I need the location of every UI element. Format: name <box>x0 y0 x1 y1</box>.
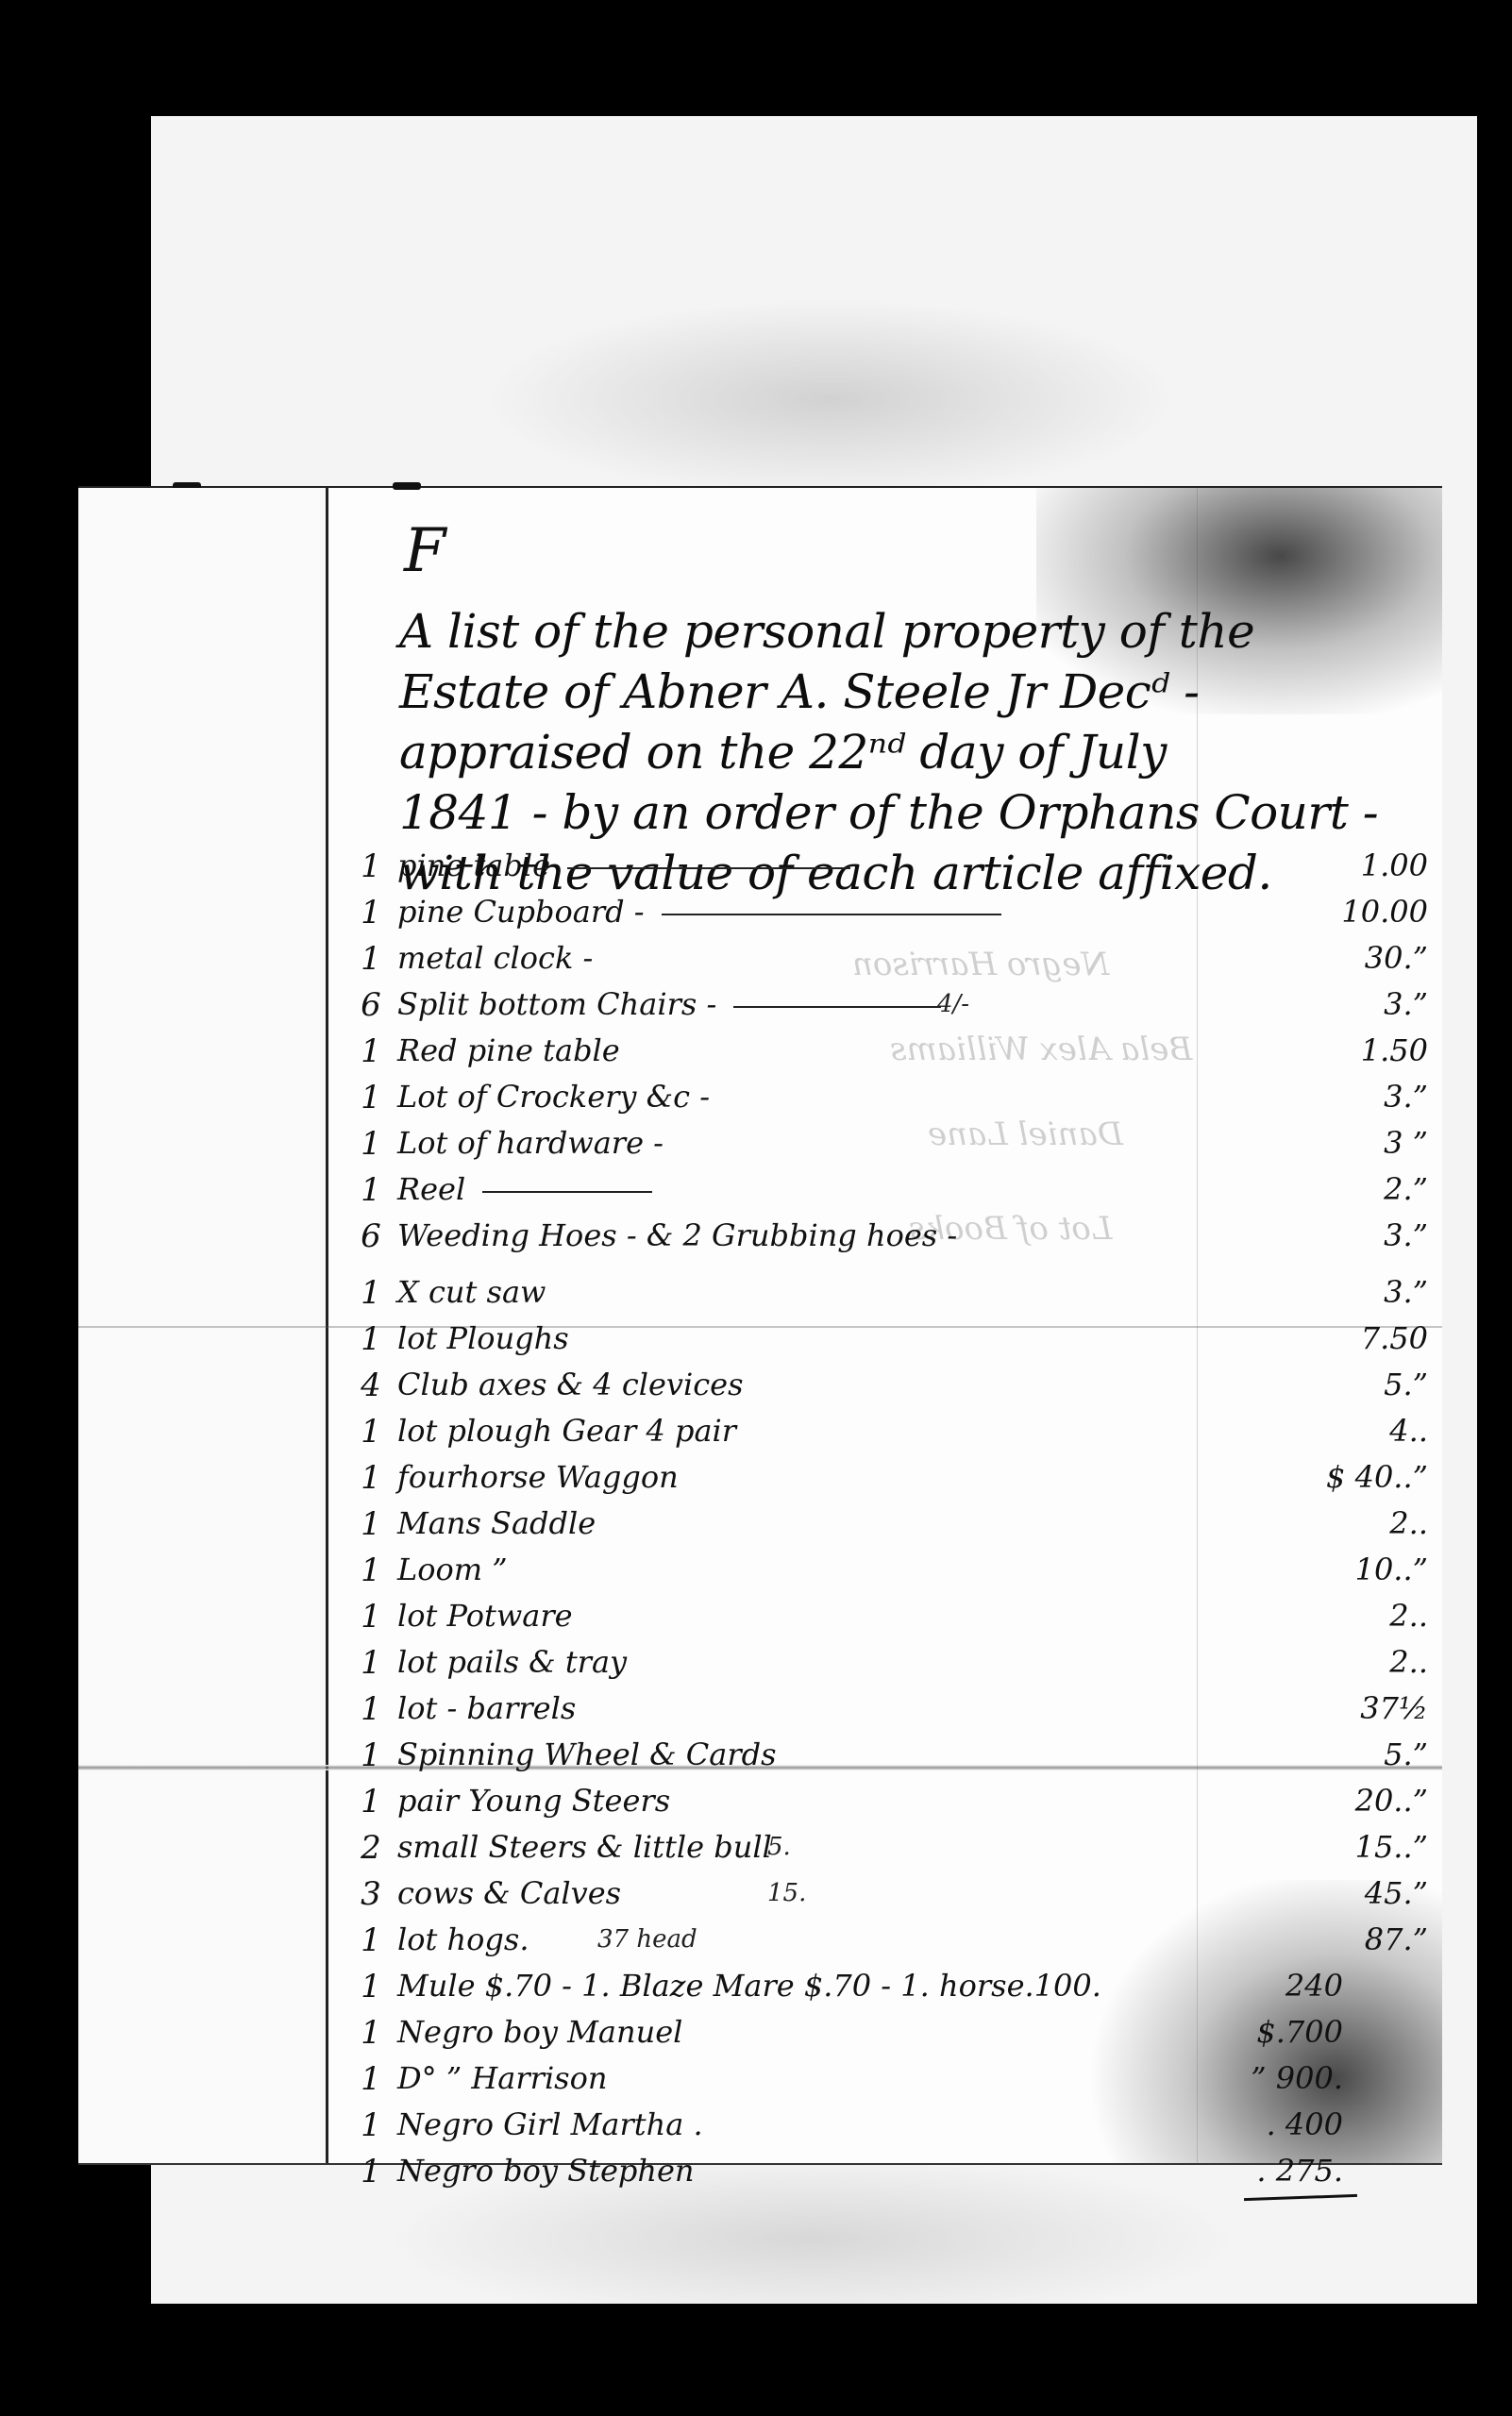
item-value: 240 <box>1285 1968 1343 2004</box>
item-value: 2.. <box>1389 1598 1428 1634</box>
item-description-text: X cut saw <box>397 1274 546 1310</box>
item-value: 4.. <box>1389 1413 1428 1449</box>
item-quantity: 1 <box>352 1736 390 1774</box>
item-note: 15. <box>767 1879 806 1907</box>
item-description-text: pine Cupboard - <box>397 894 645 930</box>
ledger-row: 1Mule $.70 - 1. Blaze Mare $.70 - 1. hor… <box>352 1962 1447 2008</box>
item-quantity: 4 <box>352 1367 390 1404</box>
item-description-text: metal clock - <box>397 940 593 976</box>
document-page: Negro Harrison Bela Alex Williams Daniel… <box>78 486 1442 2165</box>
item-quantity: 1 <box>352 2153 390 2190</box>
item-value: 3.” <box>1384 1217 1428 1253</box>
item-quantity: 1 <box>352 940 390 978</box>
item-quantity: 1 <box>352 1552 390 1589</box>
item-description-text: Negro boy Stephen <box>397 2153 695 2189</box>
item-description: Negro boy Manuel <box>397 2014 682 2050</box>
item-description: Spinning Wheel & Cards <box>397 1736 777 1772</box>
item-description: small Steers & little bull <box>397 1829 772 1865</box>
ledger-row: 1Negro boy Stephen. 275. <box>352 2147 1447 2193</box>
ledger-row: 1X cut saw3.” <box>352 1268 1447 1315</box>
item-quantity: 1 <box>352 1921 390 1959</box>
item-description-text: small Steers & little bull <box>397 1829 772 1865</box>
item-value: 45.” <box>1365 1875 1428 1911</box>
item-value: . 400 <box>1267 2106 1343 2142</box>
ledger-row: 1Reel2.” <box>352 1166 1447 1212</box>
item-quantity: 2 <box>352 1829 390 1867</box>
ledger-row: 3cows & Calves15.45.” <box>352 1870 1447 1916</box>
item-description-text: lot Ploughs <box>397 1320 569 1356</box>
item-description-text: Red pine table <box>397 1032 620 1068</box>
item-note: 5. <box>767 1833 791 1861</box>
item-description-text: Negro boy Manuel <box>397 2014 682 2050</box>
item-value: 10..” <box>1355 1552 1428 1587</box>
item-value: 3 ” <box>1384 1125 1428 1161</box>
item-description: Lot of Crockery &c - <box>397 1079 710 1115</box>
item-description-text: Mans Saddle <box>397 1505 596 1541</box>
item-quantity: 1 <box>352 1320 390 1358</box>
item-quantity: 6 <box>352 1217 390 1255</box>
item-description-text: D° ” Harrison <box>397 2060 607 2096</box>
ledger-row: 1Loom ”10..” <box>352 1546 1447 1592</box>
item-quantity: 3 <box>352 1875 390 1913</box>
item-value: ” 900. <box>1251 2060 1343 2096</box>
item-quantity: 1 <box>352 1690 390 1728</box>
item-description: fourhorse Waggon <box>397 1459 679 1495</box>
item-value: 2.” <box>1384 1171 1428 1207</box>
ledger-row: 2small Steers & little bull5.15..” <box>352 1823 1447 1870</box>
item-description: pair Young Steers <box>397 1783 670 1819</box>
item-description: Lot of hardware - <box>397 1125 664 1161</box>
ledger-row: 1Red pine table1.50 <box>352 1027 1447 1073</box>
item-quantity: 1 <box>352 1032 390 1070</box>
item-description-text: Lot of hardware - <box>397 1125 664 1161</box>
ledger-row: 6Weeding Hoes - & 2 Grubbing hoes -3.” <box>352 1212 1447 1268</box>
fill-line <box>733 1006 941 1008</box>
ledger-row: 1metal clock -30.” <box>352 934 1447 981</box>
ledger-row: 1Mans Saddle2.. <box>352 1500 1447 1546</box>
item-description-text: Negro Girl Martha . <box>397 2106 703 2142</box>
item-value: 30.” <box>1365 940 1428 976</box>
item-quantity: 1 <box>352 847 390 885</box>
item-quantity: 1 <box>352 2060 390 2098</box>
property-ledger: 1pine table1.001pine Cupboard -10.001met… <box>352 842 1447 2193</box>
item-description-text: Spinning Wheel & Cards <box>397 1736 777 1772</box>
item-value: . 275. <box>1256 2153 1343 2189</box>
item-value: 37½ <box>1360 1690 1428 1726</box>
item-description-text: Split bottom Chairs - <box>397 986 716 1022</box>
item-description-text: Lot of Crockery &c - <box>397 1079 710 1115</box>
ledger-row: 1fourhorse Waggon$ 40..” <box>352 1453 1447 1500</box>
fill-line <box>482 1191 652 1193</box>
item-value: 20..” <box>1355 1783 1428 1819</box>
item-description-text: lot - barrels <box>397 1690 576 1726</box>
item-value: 2.. <box>1389 1644 1428 1680</box>
item-description-text: lot plough Gear 4 pair <box>397 1413 736 1449</box>
item-description: cows & Calves <box>397 1875 621 1911</box>
item-description-text: lot hogs. <box>397 1921 529 1957</box>
item-quantity: 1 <box>352 1644 390 1682</box>
item-value: 87.” <box>1365 1921 1428 1957</box>
item-description: Reel <box>397 1171 652 1207</box>
item-value: 3.” <box>1384 1274 1428 1310</box>
item-description-text: cows & Calves <box>397 1875 621 1911</box>
item-value: 10.00 <box>1341 894 1428 930</box>
ledger-row: 1lot Ploughs7.50 <box>352 1315 1447 1361</box>
item-value: 1.00 <box>1361 847 1428 883</box>
item-description: lot Potware <box>397 1598 573 1634</box>
item-description-text: Weeding Hoes - & 2 Grubbing hoes - <box>397 1217 957 1253</box>
item-description: pine Cupboard - <box>397 894 1001 930</box>
item-description: Mans Saddle <box>397 1505 596 1541</box>
item-value: 3.” <box>1384 986 1428 1022</box>
item-description-text: Club axes & 4 clevices <box>397 1367 744 1402</box>
item-description-text: Loom ” <box>397 1552 508 1587</box>
item-description-text: fourhorse Waggon <box>397 1459 679 1495</box>
item-quantity: 1 <box>352 1459 390 1497</box>
ledger-row: 6Split bottom Chairs -4/-3.” <box>352 981 1447 1027</box>
item-value: 5.” <box>1384 1367 1428 1402</box>
heading-line: Estate of Abner A. Steele Jr Decᵈ - <box>399 662 1343 722</box>
item-value: 3.” <box>1384 1079 1428 1115</box>
ledger-row: 1pine table1.00 <box>352 842 1447 888</box>
item-value: 2.. <box>1389 1505 1428 1541</box>
item-description: lot Ploughs <box>397 1320 569 1356</box>
item-description: lot pails & tray <box>397 1644 627 1680</box>
item-quantity: 6 <box>352 986 390 1024</box>
item-quantity: 1 <box>352 1598 390 1636</box>
item-description: pine table <box>397 847 850 883</box>
ledger-row: 1Negro Girl Martha .. 400 <box>352 2101 1447 2147</box>
item-value: 5.” <box>1384 1736 1428 1772</box>
item-description: lot hogs. <box>397 1921 529 1957</box>
item-description-text: Mule $.70 - 1. Blaze Mare $.70 - 1. hors… <box>397 1968 1101 2004</box>
item-description: Negro Girl Martha . <box>397 2106 703 2142</box>
item-description: Club axes & 4 clevices <box>397 1367 744 1402</box>
fill-line <box>567 867 850 869</box>
ledger-row: 1D° ” Harrison” 900. <box>352 2055 1447 2101</box>
heading-line: A list of the personal property of the <box>399 601 1343 662</box>
item-value: $ 40..” <box>1326 1459 1428 1495</box>
item-quantity: 1 <box>352 1079 390 1116</box>
item-value: 7.50 <box>1361 1320 1428 1356</box>
item-quantity: 1 <box>352 1125 390 1163</box>
item-quantity: 1 <box>352 1171 390 1209</box>
item-quantity: 1 <box>352 1968 390 2005</box>
item-description: Red pine table <box>397 1032 620 1068</box>
item-description: Weeding Hoes - & 2 Grubbing hoes - <box>397 1217 957 1253</box>
item-description-text: pair Young Steers <box>397 1783 670 1819</box>
folio-mark: F <box>404 516 445 586</box>
ledger-row: 1Lot of hardware -3 ” <box>352 1119 1447 1166</box>
ledger-row: 1lot Potware2.. <box>352 1592 1447 1638</box>
fill-line <box>662 914 1001 915</box>
ledger-row: 1Negro boy Manuel$.700 <box>352 2008 1447 2055</box>
ledger-row: 1pine Cupboard -10.00 <box>352 888 1447 934</box>
item-description: Loom ” <box>397 1552 508 1587</box>
item-quantity: 1 <box>352 894 390 931</box>
item-quantity: 1 <box>352 2106 390 2144</box>
item-description-text: lot Potware <box>397 1598 573 1634</box>
item-value: $.700 <box>1256 2014 1343 2050</box>
item-description: lot plough Gear 4 pair <box>397 1413 736 1449</box>
ledger-row: 1lot plough Gear 4 pair4.. <box>352 1407 1447 1453</box>
binding-tab-mark <box>393 482 421 490</box>
item-description: Split bottom Chairs - <box>397 986 941 1022</box>
item-note: 4/- <box>937 990 969 1018</box>
item-quantity: 1 <box>352 1413 390 1451</box>
item-description: D° ” Harrison <box>397 2060 607 2096</box>
item-description-text: lot pails & tray <box>397 1644 627 1680</box>
item-description: metal clock - <box>397 940 593 976</box>
item-value: 15..” <box>1355 1829 1428 1865</box>
ledger-row: 1lot hogs.37 head87.” <box>352 1916 1447 1962</box>
item-description: lot - barrels <box>397 1690 576 1726</box>
ledger-row: 1lot - barrels37½ <box>352 1685 1447 1731</box>
item-quantity: 1 <box>352 1783 390 1820</box>
ledger-row: 1pair Young Steers20..” <box>352 1777 1447 1823</box>
item-description-text: Reel <box>397 1171 465 1207</box>
item-description: Negro boy Stephen <box>397 2153 695 2189</box>
heading-line: 1841 - by an order of the Orphans Court … <box>399 782 1343 843</box>
item-note: 37 head <box>597 1925 697 1954</box>
heading-line: appraised on the 22ⁿᵈ day of July <box>399 722 1343 782</box>
ledger-row: 1Lot of Crockery &c -3.” <box>352 1073 1447 1119</box>
ledger-row: 1lot pails & tray2.. <box>352 1638 1447 1685</box>
item-quantity: 1 <box>352 1274 390 1312</box>
item-quantity: 1 <box>352 1505 390 1543</box>
item-value: 1.50 <box>1361 1032 1428 1068</box>
item-description: X cut saw <box>397 1274 546 1310</box>
ledger-row: 1Spinning Wheel & Cards5.” <box>352 1731 1447 1777</box>
item-description-text: pine table <box>397 847 550 883</box>
item-quantity: 1 <box>352 2014 390 2052</box>
item-description: Mule $.70 - 1. Blaze Mare $.70 - 1. hors… <box>397 1968 1101 2004</box>
ledger-row: 4Club axes & 4 clevices5.” <box>352 1361 1447 1407</box>
